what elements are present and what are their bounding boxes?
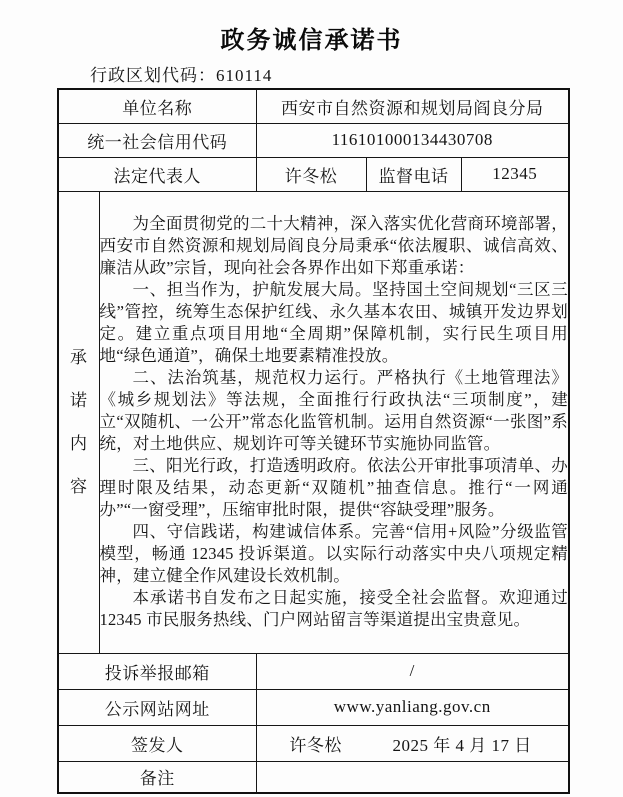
- row-legal-representative: 法定代表人 许冬松 监督电话 12345: [58, 157, 569, 191]
- unit-name-label: 单位名称: [58, 89, 256, 123]
- complaint-email-value: /: [256, 653, 569, 689]
- legal-rep-label: 法定代表人: [58, 157, 256, 191]
- supervision-phone-value: 12345: [461, 157, 569, 191]
- issuer-cell: 许冬松 2025 年 4 月 17 日: [256, 725, 569, 761]
- row-website: 公示网站网址 www.yanliang.gov.cn: [58, 689, 569, 725]
- legal-rep-value: 许冬松: [256, 157, 366, 191]
- issue-date: 2025 年 4 月 17 日: [375, 731, 549, 756]
- row-complaint-email: 投诉举报邮箱 /: [58, 653, 569, 689]
- unit-name-value: 西安市自然资源和规划局阎良分局: [256, 89, 569, 123]
- supervision-phone-label: 监督电话: [366, 157, 461, 191]
- commitment-paragraph: 三、阳光行政，打造透明政府。依法公开审批事项清单、办理时限及结果，动态更新“双随…: [100, 455, 569, 521]
- row-commitment-content: 承诺内容 为全面贯彻党的二十大精神，深入落实优化营商环境部署，西安市自然资源和规…: [58, 191, 569, 653]
- commitment-paragraph: 二、法治筑基，规范权力运行。严格执行《土地管理法》《城乡规划法》等法规，全面推行…: [100, 367, 569, 455]
- website-label: 公示网站网址: [58, 689, 256, 725]
- issuer-label: 签发人: [58, 725, 256, 761]
- commitment-paragraph: 四、守信践诺，构建诚信体系。完善“信用+风险”分级监管模型，畅通 12345 投…: [100, 521, 569, 587]
- commitment-paragraph: 本承诺书自发布之日起实施，接受全社会监督。欢迎通过 12345 市民服务热线、门…: [100, 587, 569, 631]
- row-issuer: 签发人 许冬松 2025 年 4 月 17 日: [58, 725, 569, 761]
- credit-code-label: 统一社会信用代码: [58, 123, 256, 157]
- row-credit-code: 统一社会信用代码 116101000134430708: [58, 123, 569, 157]
- remarks-label: 备注: [58, 761, 256, 793]
- page-title: 政务诚信承诺书: [0, 20, 623, 55]
- commitment-form-table: 单位名称 西安市自然资源和规划局阎良分局 统一社会信用代码 1161010001…: [57, 88, 570, 794]
- commitment-content-cell: 为全面贯彻党的二十大精神，深入落实优化营商环境部署，西安市自然资源和规划局阎良分…: [99, 191, 569, 653]
- row-remarks: 备注: [58, 761, 569, 793]
- commitment-paragraph: 一、担当作为，护航发展大局。坚持国土空间规划“三区三线”管控，统筹生态保护红线、…: [100, 279, 569, 367]
- website-value: www.yanliang.gov.cn: [256, 689, 569, 725]
- row-unit-name: 单位名称 西安市自然资源和规划局阎良分局: [58, 89, 569, 123]
- admin-division-code: 行政区划代码：610114: [90, 61, 272, 86]
- commitment-paragraph: 为全面贯彻党的二十大精神，深入落实优化营商环境部署，西安市自然资源和规划局阎良分…: [100, 213, 569, 279]
- commitment-content-label: 承诺内容: [70, 336, 88, 508]
- issuer-name: 许冬松: [257, 731, 375, 756]
- commitment-content-label-cell: 承诺内容: [58, 191, 99, 653]
- credit-code-value: 116101000134430708: [256, 123, 569, 157]
- complaint-email-label: 投诉举报邮箱: [58, 653, 256, 689]
- remarks-value: [256, 761, 569, 793]
